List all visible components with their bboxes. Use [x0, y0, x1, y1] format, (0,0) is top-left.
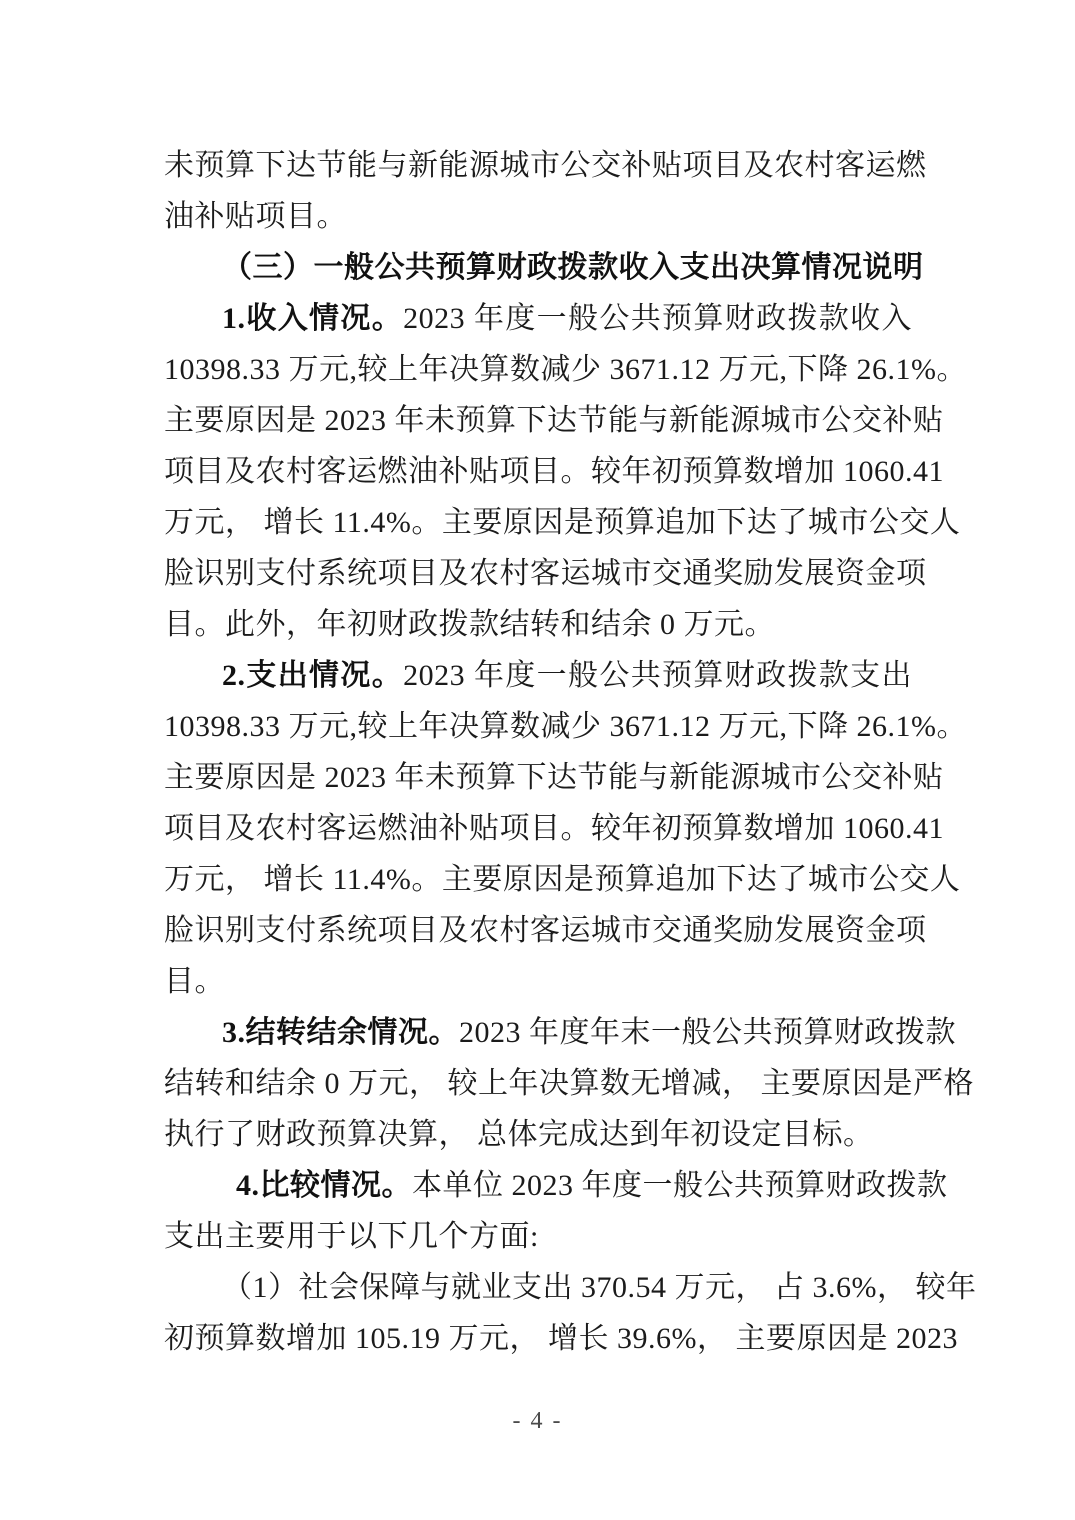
paragraph-lead: 4.比较情况。	[236, 1169, 412, 1202]
paragraph-text: 2023 年度年末一般公共预算财政拨款	[459, 1016, 956, 1049]
document-page: { "document": { "blocks": [ { "lines": […	[0, 0, 1075, 1520]
paragraph-first-line: 3.结转结余情况。2023 年度年末一般公共预算财政拨款	[164, 1007, 912, 1058]
text-line: 脸识别支付系统项目及农村客运城市交通奖励发展资金项	[164, 548, 912, 599]
paragraph-first-line: 1.收入情况。2023 年度一般公共预算财政拨款收入	[164, 293, 912, 344]
text-line: 目。	[164, 956, 912, 1007]
text-line: 脸识别支付系统项目及农村客运城市交通奖励发展资金项	[164, 905, 912, 956]
text-line: 初预算数增加 105.19 万元， 增长 39.6%， 主要原因是 2023	[164, 1313, 912, 1364]
section-heading: （三）一般公共预算财政拨款收入支出决算情况说明	[164, 242, 912, 293]
text-line: 主要原因是 2023 年未预算下达节能与新能源城市公交补贴	[164, 752, 912, 803]
text-line: 万元， 增长 11.4%。主要原因是预算追加下达了城市公交人	[164, 854, 912, 905]
text-line: 支出主要用于以下几个方面:	[164, 1211, 912, 1262]
text-line: 项目及农村客运燃油补贴项目。较年初预算数增加 1060.41	[164, 803, 912, 854]
text-line: 目。此外，年初财政拨款结转和结余 0 万元。	[164, 599, 912, 650]
text-line: 结转和结余 0 万元， 较上年决算数无增减， 主要原因是严格	[164, 1058, 912, 1109]
text-line: 未预算下达节能与新能源城市公交补贴项目及农村客运燃	[164, 140, 912, 191]
paragraph-lead: 3.结转结余情况。	[222, 1016, 459, 1049]
paragraph-lead: 2.支出情况。	[222, 659, 403, 692]
text-line: 执行了财政预算决算， 总体完成达到年初设定目标。	[164, 1109, 912, 1160]
text-line: 10398.33 万元,较上年决算数减少 3671.12 万元,下降 26.1%…	[164, 344, 912, 395]
text-line: 万元， 增长 11.4%。主要原因是预算追加下达了城市公交人	[164, 497, 912, 548]
page-body: 未预算下达节能与新能源城市公交补贴项目及农村客运燃 油补贴项目。 （三）一般公共…	[164, 140, 912, 1364]
paragraph-text: 本单位 2023 年度一般公共预算财政拨款	[412, 1169, 948, 1202]
text-line: 油补贴项目。	[164, 191, 912, 242]
paragraph-text: 2023 年度一般公共预算财政拨款收入	[403, 302, 912, 335]
paragraph-text: 2023 年度一般公共预算财政拨款支出	[403, 659, 912, 692]
paragraph-first-line: 2.支出情况。2023 年度一般公共预算财政拨款支出	[164, 650, 912, 701]
paragraph-lead: 1.收入情况。	[222, 302, 403, 335]
text-line: 10398.33 万元,较上年决算数减少 3671.12 万元,下降 26.1%…	[164, 701, 912, 752]
text-line: 主要原因是 2023 年未预算下达节能与新能源城市公交补贴	[164, 395, 912, 446]
text-line: （1）社会保障与就业支出 370.54 万元， 占 3.6%， 较年	[164, 1262, 912, 1313]
page-number: - 4 -	[0, 1406, 1075, 1436]
paragraph-first-line: 4.比较情况。本单位 2023 年度一般公共预算财政拨款	[164, 1160, 912, 1211]
text-line: 项目及农村客运燃油补贴项目。较年初预算数增加 1060.41	[164, 446, 912, 497]
